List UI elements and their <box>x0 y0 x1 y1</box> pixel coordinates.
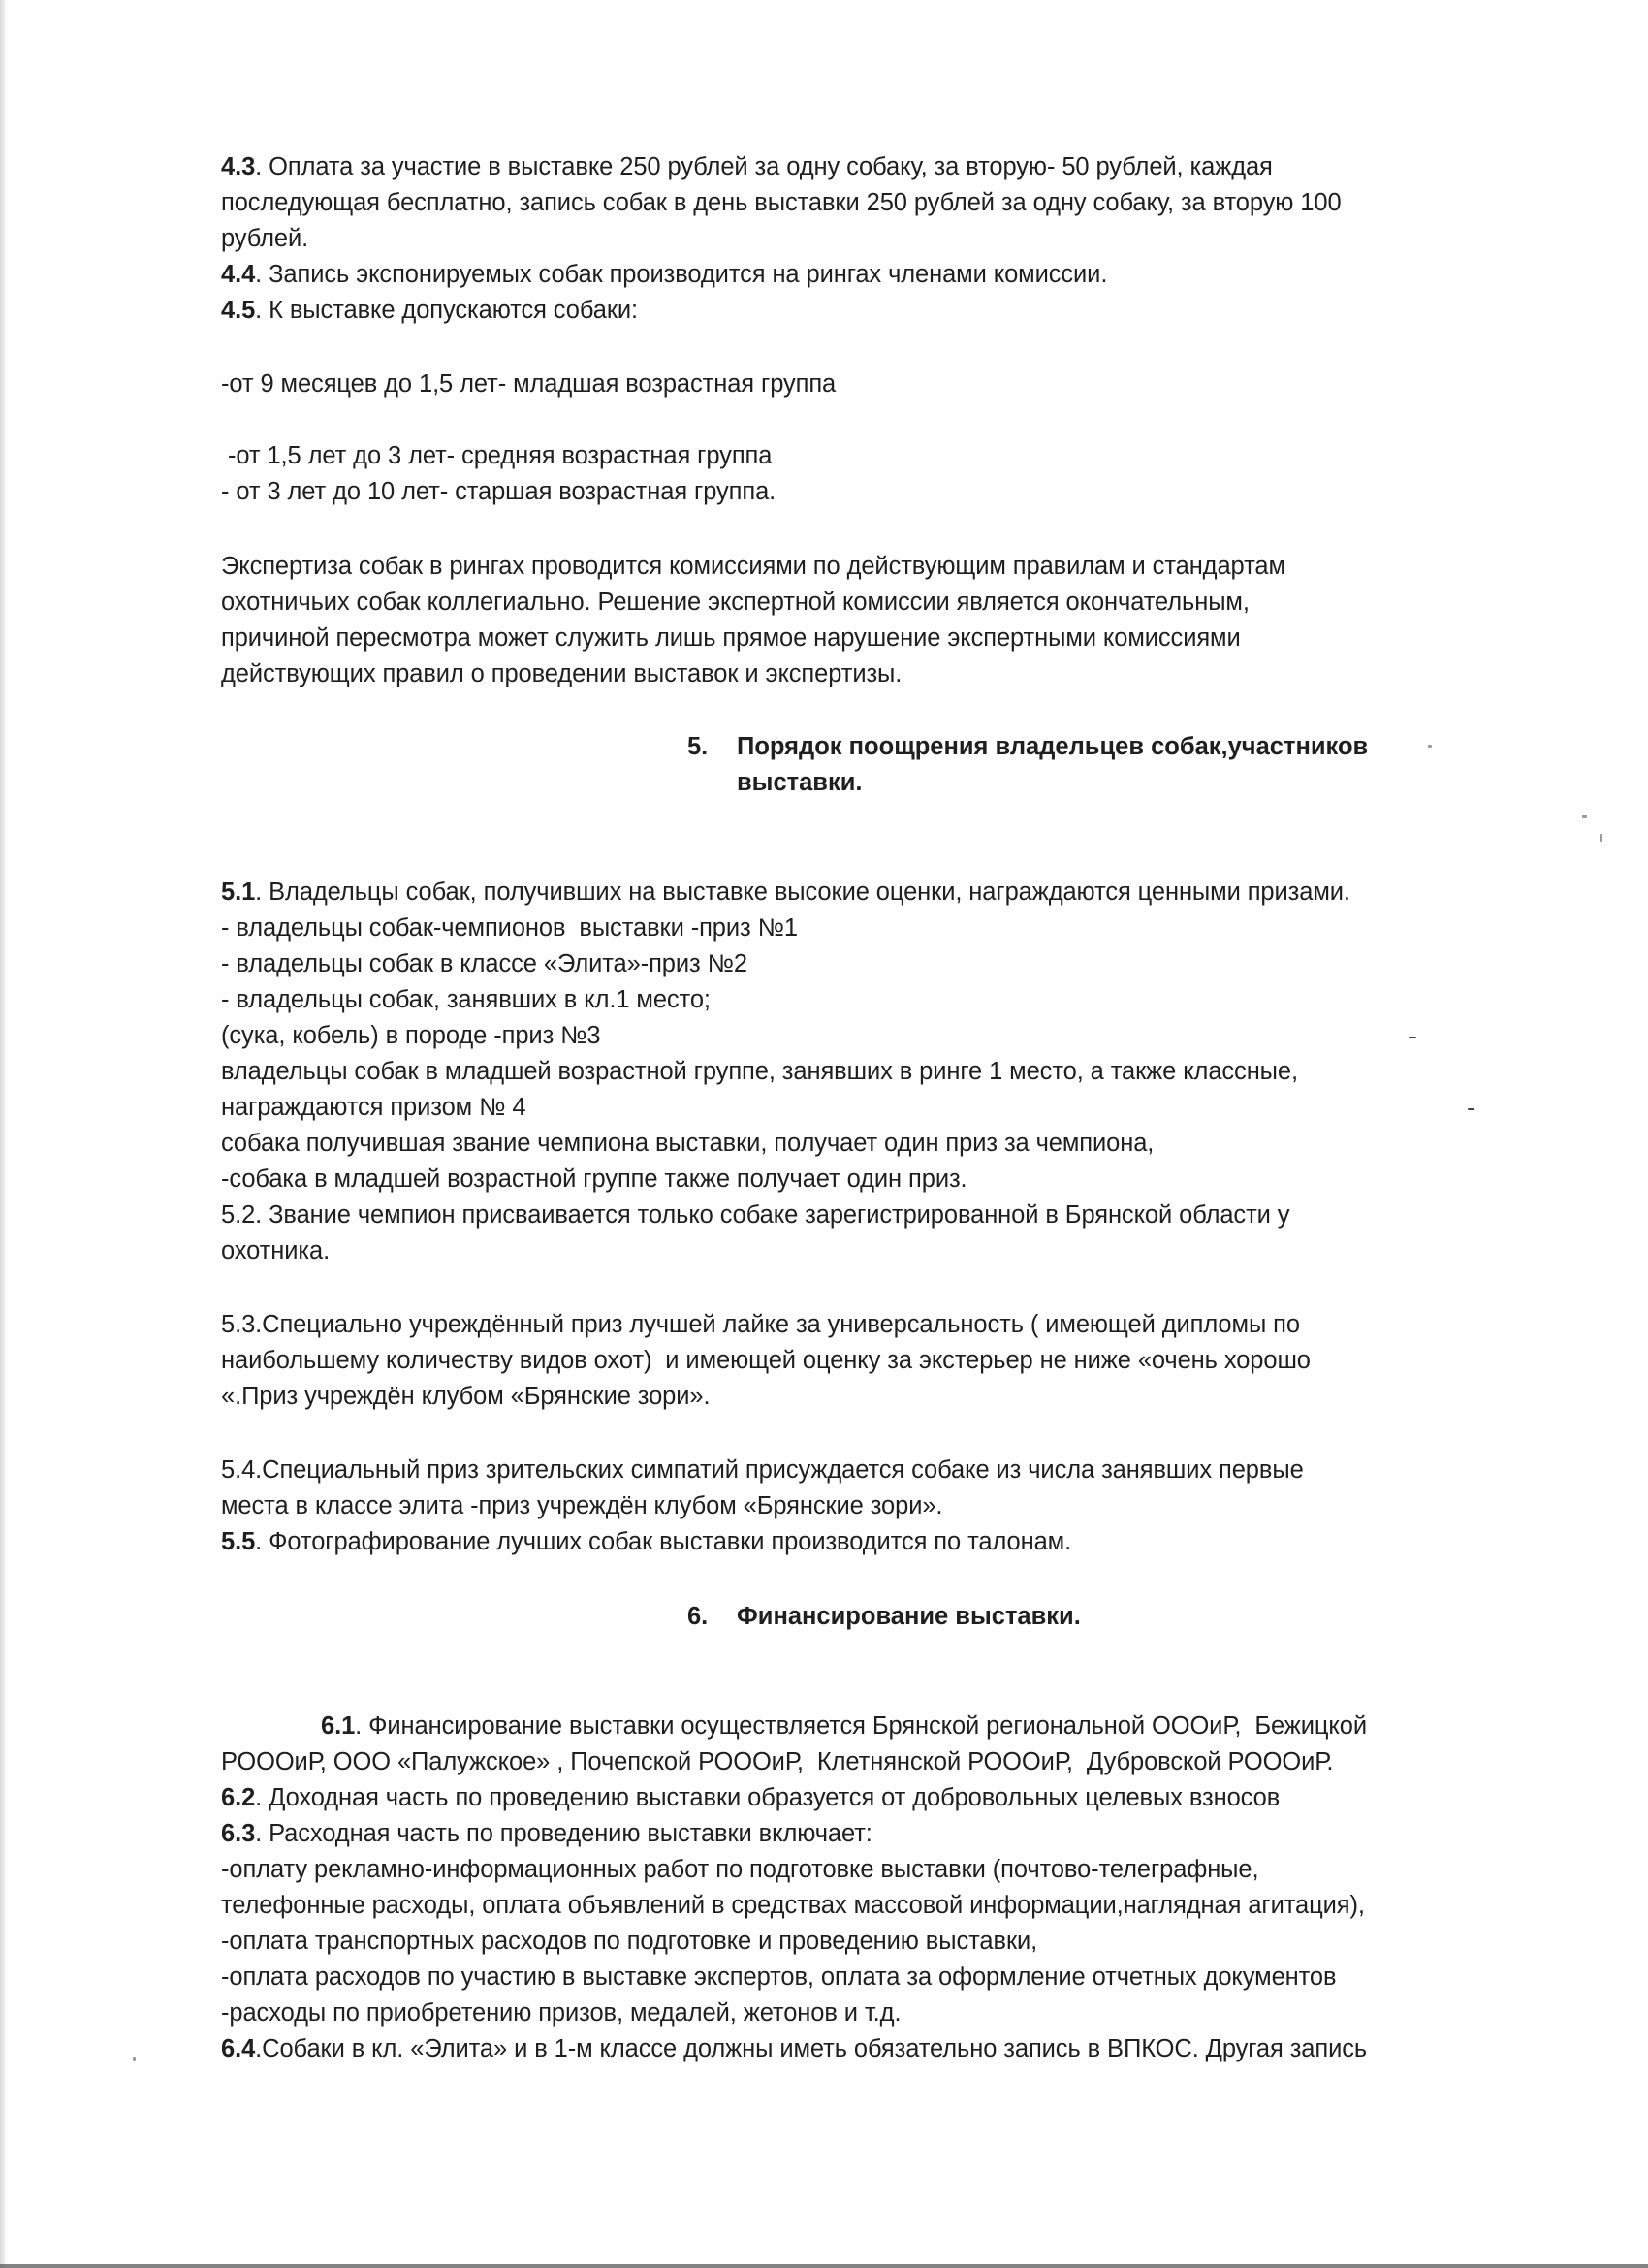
scan-dash <box>1409 1037 1416 1038</box>
age-group-senior: - от 3 лет до 10 лет- старшая возрастная… <box>221 474 776 510</box>
paragraph-4-3-line-2: последующая бесплатно, запись собак в де… <box>221 185 1342 221</box>
clause-number: 6.3 <box>221 1820 255 1847</box>
paragraph-text: . Оплата за участие в выставке 250 рубле… <box>255 153 1273 180</box>
expense-item-4: -оплата расходов по участию в выставке э… <box>221 1960 1336 1996</box>
expertise-line-1: Экспертиза собак в рингах проводится ком… <box>221 549 1285 585</box>
clause-number: 5.5 <box>221 1528 255 1555</box>
paragraph-text: . Расходная часть по проведению выставки… <box>255 1820 872 1847</box>
section-5-title-line-1: Порядок поощрения владельцев собак,участ… <box>737 729 1368 765</box>
paragraph-5-5: 5.5. Фотографирование лучших собак выста… <box>221 1524 1071 1560</box>
paragraph-5-1: 5.1. Владельцы собак, получивших на выст… <box>221 875 1350 910</box>
prize-item-3: - владельцы собак, занявших в кл.1 место… <box>221 982 711 1018</box>
paragraph-5-3-line-1: 5.3.Специально учреждённый приз лучшей л… <box>221 1307 1300 1343</box>
scan-edge-bottom <box>0 2264 1648 2268</box>
paragraph-text: . Доходная часть по проведению выставки … <box>255 1784 1280 1811</box>
expertise-line-2: охотничьих собак коллегиально. Решение э… <box>221 585 1250 621</box>
section-6-number: 6. <box>687 1599 708 1635</box>
paragraph-4-4: 4.4. Запись экспонируемых собак производ… <box>221 257 1107 293</box>
age-group-middle: -от 1,5 лет до 3 лет- средняя возрастная… <box>221 438 772 474</box>
paragraph-5-4-line-1: 5.4.Специальный приз зрительских симпати… <box>221 1453 1304 1488</box>
section-5-number: 5. <box>687 729 708 765</box>
clause-number: 4.5 <box>221 297 255 324</box>
paragraph-4-3-line-3: рублей. <box>221 221 308 257</box>
clause-number: 5.1 <box>221 878 255 906</box>
scan-speck <box>1582 815 1587 818</box>
expense-item-1: -оплату рекламно-информационных работ по… <box>221 1852 1258 1888</box>
paragraph-4-5: 4.5. К выставке допускаются собаки: <box>221 293 638 329</box>
paragraph-text: .Собаки в кл. «Элита» и в 1-м классе дол… <box>255 2035 1367 2062</box>
expertise-line-3: причиной пересмотра может служить лишь п… <box>221 621 1241 656</box>
expense-item-2: телефонные расходы, оплата объявлений в … <box>221 1888 1365 1924</box>
paragraph-6-3: 6.3. Расходная часть по проведению выста… <box>221 1816 872 1852</box>
clause-number: 4.4 <box>221 261 255 288</box>
expertise-line-4: действующих правил о проведении выставок… <box>221 656 902 692</box>
scan-speck <box>1600 834 1602 842</box>
prize-item-7: собака получившая звание чемпиона выстав… <box>221 1126 1154 1162</box>
paragraph-5-2-line-2: охотника. <box>221 1233 330 1269</box>
paragraph-text: . Финансирование выставки осуществляется… <box>355 1712 1367 1740</box>
prize-item-6: награждаются призом № 4 <box>221 1090 525 1126</box>
paragraph-5-3-line-3: «.Приз учреждён клубом «Брянские зори». <box>221 1379 710 1415</box>
paragraph-text: . К выставке допускаются собаки: <box>255 297 638 324</box>
paragraph-text: . Фотографирование лучших собак выставки… <box>255 1528 1071 1555</box>
scanned-page: 4.3. Оплата за участие в выставке 250 ру… <box>0 0 1648 2268</box>
scan-speck <box>133 2057 136 2061</box>
paragraph-5-3-line-2: наибольшему количеству видов охот) и име… <box>221 1343 1311 1379</box>
prize-item-8: -собака в младшей возрастной группе такж… <box>221 1162 967 1198</box>
scan-edge-left <box>0 0 6 2268</box>
clause-number: 6.1 <box>321 1712 355 1740</box>
section-6-title: Финансирование выставки. <box>737 1599 1081 1635</box>
clause-number: 4.3 <box>221 153 255 180</box>
prize-item-4: (сука, кобель) в породе -приз №3 <box>221 1018 601 1054</box>
expense-item-5: -расходы по приобретению призов, медалей… <box>221 1996 901 2031</box>
scan-dash <box>1468 1108 1474 1110</box>
expense-item-3: -оплата транспортных расходов по подгото… <box>221 1924 1037 1960</box>
prize-item-1: - владельцы собак-чемпионов выставки -пр… <box>221 910 798 946</box>
clause-number: 6.4 <box>221 2035 255 2062</box>
prize-item-2: - владельцы собак в классе «Элита»-приз … <box>221 946 747 982</box>
scan-speck <box>1428 745 1432 748</box>
paragraph-5-4-line-2: места в классе элита -приз учреждён клуб… <box>221 1488 942 1524</box>
clause-number: 6.2 <box>221 1784 255 1811</box>
paragraph-6-1-line-2: РОООиР, ООО «Палужское» , Почепской РООО… <box>221 1744 1333 1780</box>
paragraph-5-2-line-1: 5.2. Звание чемпион присваивается только… <box>221 1198 1289 1233</box>
paragraph-text: . Запись экспонируемых собак производитс… <box>255 261 1107 288</box>
paragraph-6-4: 6.4.Собаки в кл. «Элита» и в 1-м классе … <box>221 2031 1367 2067</box>
paragraph-6-1-line-1: 6.1. Финансирование выставки осуществляе… <box>321 1709 1367 1744</box>
prize-item-5: владельцы собак в младшей возрастной гру… <box>221 1054 1298 1090</box>
paragraph-6-2: 6.2. Доходная часть по проведению выстав… <box>221 1780 1280 1816</box>
age-group-junior: -от 9 месяцев до 1,5 лет- младшая возрас… <box>221 367 836 402</box>
section-5-title-line-2: выставки. <box>737 765 863 801</box>
paragraph-4-3-line-1: 4.3. Оплата за участие в выставке 250 ру… <box>221 149 1273 185</box>
paragraph-text: . Владельцы собак, получивших на выставк… <box>255 878 1350 906</box>
